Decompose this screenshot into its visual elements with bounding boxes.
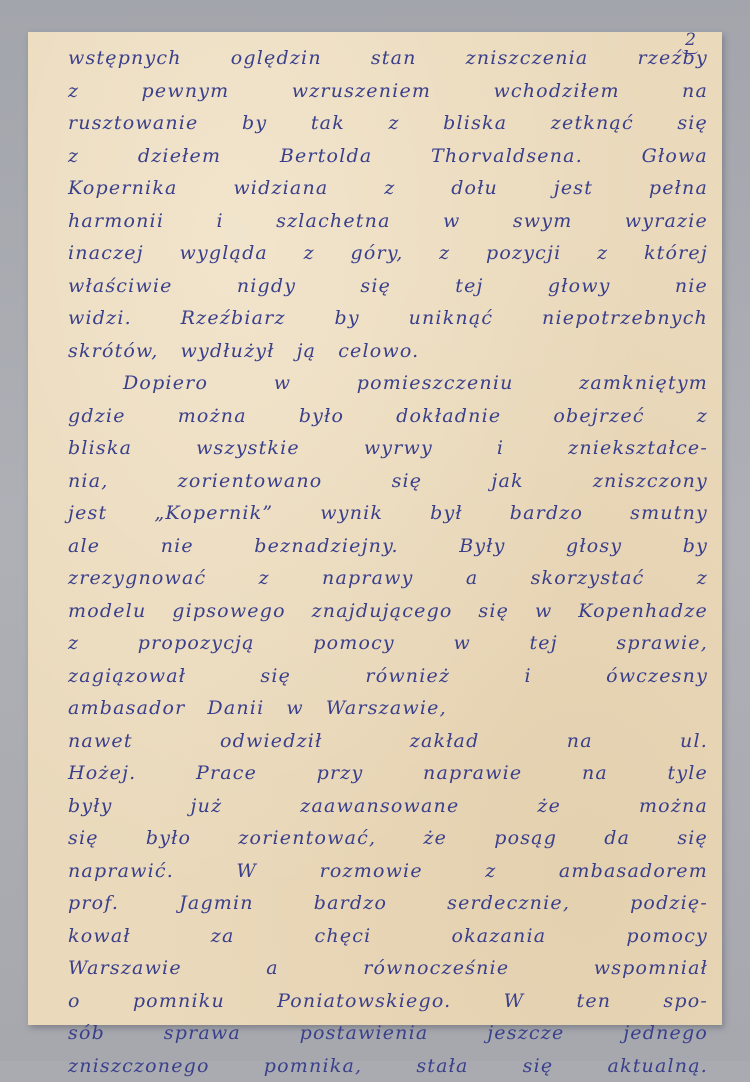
handwritten-word: i bbox=[216, 205, 223, 238]
text-line: inaczejwyglądazgóry,zpozycjizktórej bbox=[68, 237, 708, 270]
handwritten-word: sprawie, bbox=[616, 627, 708, 660]
handwritten-word: dokładnie bbox=[396, 400, 501, 433]
handwritten-word: spo- bbox=[663, 985, 708, 1018]
handwritten-word: wyrwy bbox=[364, 432, 433, 465]
handwritten-word: ją bbox=[297, 335, 317, 368]
handwritten-word: harmonii bbox=[68, 205, 164, 238]
handwritten-word: można bbox=[178, 400, 247, 433]
handwritten-word: W bbox=[236, 855, 257, 888]
handwritten-word: pomnika, bbox=[264, 1050, 362, 1062]
handwritten-word: której bbox=[644, 237, 708, 270]
handwritten-word: za bbox=[211, 920, 235, 953]
text-line: wstępnychoględzinstanzniszczeniarzeźby bbox=[68, 42, 708, 75]
handwritten-word: się bbox=[677, 822, 708, 855]
handwritten-word: dziełem bbox=[138, 140, 221, 173]
handwritten-word: ten bbox=[576, 985, 611, 1018]
text-line: byłyjużzaawansowaneżemożna bbox=[68, 790, 708, 823]
handwritten-word: jest bbox=[554, 172, 593, 205]
text-line: naprawić.Wrozmowiezambasadorem bbox=[68, 855, 708, 888]
handwritten-word: się bbox=[260, 660, 291, 693]
handwritten-word: wspomniał bbox=[594, 952, 708, 985]
text-line: gdziemożnabyłodokładnieobejrzećz bbox=[68, 400, 708, 433]
handwritten-word: obejrzeć bbox=[553, 400, 644, 433]
handwritten-word: jeszcze bbox=[487, 1017, 564, 1050]
handwritten-word: serdecznie, bbox=[447, 887, 570, 920]
handwritten-word: rozmowie bbox=[320, 855, 423, 888]
handwritten-word: ale bbox=[68, 530, 100, 563]
handwritten-word: Jagmin bbox=[179, 887, 254, 920]
handwritten-word: Kopenhadze bbox=[578, 595, 708, 628]
handwritten-word: tyle bbox=[667, 757, 708, 790]
text-line: Kopernikawidzianazdołujestpełna bbox=[68, 172, 708, 205]
handwritten-word: naprawie bbox=[423, 757, 522, 790]
text-line: zniszczonegopomnika,stałasięaktualną. bbox=[68, 1050, 708, 1062]
handwritten-word: były bbox=[68, 790, 113, 823]
handwritten-word: z bbox=[439, 237, 450, 270]
handwritten-word: widzi. bbox=[68, 302, 132, 335]
handwritten-word: swym bbox=[513, 205, 573, 238]
handwritten-word: się bbox=[677, 107, 708, 140]
handwritten-word: pomieszczeniu bbox=[357, 367, 514, 400]
handwritten-word: Warszawie, bbox=[326, 692, 447, 725]
handwritten-word: szlachetna bbox=[276, 205, 391, 238]
handwritten-word: nie bbox=[161, 530, 194, 563]
handwritten-word: się bbox=[392, 465, 423, 498]
handwritten-word: pewnym bbox=[142, 75, 230, 108]
handwritten-word: z bbox=[68, 75, 79, 108]
handwritten-word: by bbox=[242, 107, 267, 140]
handwritten-word: Poniatowskiego. bbox=[277, 985, 451, 1018]
handwritten-word: się bbox=[360, 270, 391, 303]
text-line: harmoniiiszlachetnawswymwyrazie bbox=[68, 205, 708, 238]
handwritten-word: z bbox=[304, 237, 315, 270]
handwritten-word: wchodziłem bbox=[493, 75, 619, 108]
handwritten-word: rzeźby bbox=[638, 42, 708, 75]
text-line: siębyłozorientować,żeposągdasię bbox=[68, 822, 708, 855]
handwritten-word: zrezygnować bbox=[68, 562, 206, 595]
handwritten-word: sób bbox=[68, 1017, 105, 1050]
handwritten-word: zorientować, bbox=[238, 822, 376, 855]
handwritten-word: kował bbox=[68, 920, 131, 953]
handwritten-word: by bbox=[334, 302, 359, 335]
text-line: jest„Kopernik”wynikbyłbardzosmutny bbox=[68, 497, 708, 530]
handwritten-word: aktualną. bbox=[607, 1050, 708, 1062]
handwritten-word: W bbox=[504, 985, 525, 1018]
handwritten-word: pełna bbox=[649, 172, 708, 205]
handwritten-word: wzruszeniem bbox=[292, 75, 431, 108]
handwritten-word: odwiedził bbox=[220, 725, 322, 758]
handwritten-word: Rzeźbiarz bbox=[181, 302, 286, 335]
handwritten-word: w bbox=[286, 692, 303, 725]
handwritten-word: dołu bbox=[451, 172, 498, 205]
handwritten-word: się bbox=[478, 595, 509, 628]
handwritten-word: zagiązował bbox=[68, 660, 186, 693]
text-line: bliskawszystkiewyrwyizniekształce- bbox=[68, 432, 708, 465]
handwritten-word: jest bbox=[68, 497, 107, 530]
text-line: aleniebeznadziejny.Byłygłosyby bbox=[68, 530, 708, 563]
handwritten-word: z bbox=[259, 562, 270, 595]
handwritten-word: głosy bbox=[566, 530, 622, 563]
handwritten-word: rusztowanie bbox=[68, 107, 199, 140]
handwritten-word: naprawić. bbox=[68, 855, 174, 888]
handwritten-word: podzię- bbox=[630, 887, 708, 920]
text-line: skrótów,wydłużyłjącelowo. bbox=[68, 335, 708, 368]
handwritten-word: inaczej bbox=[68, 237, 144, 270]
handwritten-word: tej bbox=[529, 627, 557, 660]
text-line: zdziełemBertoldaThorvaldsena.Głowa bbox=[68, 140, 708, 173]
handwritten-word: z bbox=[384, 172, 395, 205]
text-line: sóbsprawapostawieniajeszczejednego bbox=[68, 1017, 708, 1050]
handwritten-word: o bbox=[68, 985, 81, 1018]
handwritten-word: „Kopernik” bbox=[154, 497, 273, 530]
handwritten-word: na bbox=[682, 75, 708, 108]
handwritten-word: się bbox=[68, 822, 99, 855]
handwritten-word: na bbox=[582, 757, 608, 790]
handwritten-word: w bbox=[535, 595, 552, 628]
handwritten-word: wydłużył bbox=[181, 335, 275, 368]
handwritten-word: w bbox=[443, 205, 460, 238]
text-line: opomnikuPoniatowskiego.Wtenspo- bbox=[68, 985, 708, 1018]
letter-page: 2 wstępnychoględzinstanzniszczeniarzeźby… bbox=[28, 32, 722, 1025]
handwritten-word: modelu bbox=[68, 595, 146, 628]
handwritten-word: widziana bbox=[233, 172, 328, 205]
handwritten-word: prof. bbox=[68, 887, 119, 920]
handwritten-word: naprawy bbox=[322, 562, 414, 595]
text-line: właściwienigdysiętejgłowynie bbox=[68, 270, 708, 303]
handwritten-word: Prace bbox=[196, 757, 257, 790]
handwritten-word: jednego bbox=[623, 1017, 708, 1050]
handwritten-word: bardzo bbox=[314, 887, 387, 920]
handwritten-word: wstępnych bbox=[68, 42, 182, 75]
handwritten-word: zniszczenia bbox=[466, 42, 589, 75]
handwritten-word: z bbox=[68, 627, 79, 660]
handwritten-word: by bbox=[683, 530, 708, 563]
text-line-with-correction: modelugipsowegoznajdującegosięwKopenhadz… bbox=[68, 595, 708, 628]
handwritten-word: zorientowano bbox=[178, 465, 323, 498]
text-line: prof.Jagminbardzoserdecznie,podzię- bbox=[68, 887, 708, 920]
handwritten-word: że bbox=[537, 790, 561, 823]
handwritten-word: pozycji bbox=[486, 237, 561, 270]
handwritten-word: niepotrzebnych bbox=[542, 302, 708, 335]
text-line: Hożej.Praceprzynaprawienatyle bbox=[68, 757, 708, 790]
paragraph-start-line: Dopierowpomieszczeniuzamkniętym bbox=[68, 367, 708, 400]
handwritten-word: Hożej. bbox=[68, 757, 136, 790]
handwritten-word: z bbox=[597, 237, 608, 270]
handwritten-word: już bbox=[191, 790, 223, 823]
handwritten-word: pomniku bbox=[133, 985, 225, 1018]
handwritten-word: oględzin bbox=[231, 42, 322, 75]
handwritten-word: bliska bbox=[68, 432, 132, 465]
handwritten-word: właściwie bbox=[68, 270, 173, 303]
handwritten-word: i bbox=[524, 660, 531, 693]
handwritten-word: pomocy bbox=[626, 920, 708, 953]
handwritten-word: Warszawie bbox=[68, 952, 182, 985]
handwritten-word: stan bbox=[371, 42, 417, 75]
handwritten-word: z bbox=[388, 107, 399, 140]
handwritten-word: Głowa bbox=[642, 140, 708, 173]
handwritten-word: głowy bbox=[548, 270, 611, 303]
text-line: zpewnymwzruszeniemwchodziłemna bbox=[68, 75, 708, 108]
handwritten-word: skorzystać bbox=[531, 562, 645, 595]
text-line: kowałzachęciokazaniapomocy bbox=[68, 920, 708, 953]
handwritten-word: Danii bbox=[207, 692, 264, 725]
handwritten-word: było bbox=[146, 822, 191, 855]
handwritten-word: celowo. bbox=[338, 335, 419, 368]
handwritten-word: zniekształce- bbox=[568, 432, 708, 465]
handwritten-word: z bbox=[697, 562, 708, 595]
handwritten-word: Thorvaldsena. bbox=[431, 140, 583, 173]
handwritten-word: przy bbox=[317, 757, 364, 790]
handwritten-word: beznadziejny. bbox=[254, 530, 398, 563]
handwritten-word: jak bbox=[491, 465, 523, 498]
handwritten-word: a bbox=[266, 952, 279, 985]
handwritten-word: na bbox=[567, 725, 593, 758]
handwritten-word: z bbox=[485, 855, 496, 888]
handwritten-text-body: wstępnychoględzinstanzniszczeniarzeźby z… bbox=[68, 42, 708, 1061]
handwritten-word: zaawansowane bbox=[300, 790, 459, 823]
handwritten-word: tej bbox=[455, 270, 483, 303]
handwritten-word: wygląda bbox=[180, 237, 268, 270]
handwritten-word: postawienia bbox=[300, 1017, 429, 1050]
handwritten-word: stała bbox=[416, 1050, 468, 1062]
handwritten-word: bliska bbox=[443, 107, 507, 140]
text-line: nawetodwiedziłzakładnaul. bbox=[68, 725, 708, 758]
handwritten-word: z bbox=[68, 140, 79, 173]
handwritten-word: gdzie bbox=[68, 400, 126, 433]
handwritten-word: w bbox=[274, 367, 291, 400]
handwritten-word: równocześnie bbox=[363, 952, 509, 985]
handwritten-word: ambasadorem bbox=[559, 855, 708, 888]
handwritten-word: bardzo bbox=[510, 497, 583, 530]
handwritten-word: uniknąć bbox=[409, 302, 494, 335]
handwritten-word: było bbox=[299, 400, 344, 433]
handwritten-word: Były bbox=[459, 530, 505, 563]
handwritten-word: nawet bbox=[68, 725, 133, 758]
text-line: Warszawiearównocześniewspomniał bbox=[68, 952, 708, 985]
handwritten-word: propozycją bbox=[138, 627, 255, 660]
handwritten-word: zakład bbox=[410, 725, 480, 758]
handwritten-word: Kopernika bbox=[68, 172, 178, 205]
text-line: zrezygnowaćznaprawyaskorzystaćz bbox=[68, 562, 708, 595]
handwritten-word: Dopiero bbox=[123, 367, 208, 400]
handwritten-word: nia, bbox=[68, 465, 108, 498]
handwritten-word: ul. bbox=[680, 725, 708, 758]
handwritten-word: nie bbox=[675, 270, 708, 303]
handwritten-word: można bbox=[639, 790, 708, 823]
handwritten-word: również bbox=[365, 660, 450, 693]
handwritten-word: tak bbox=[311, 107, 345, 140]
handwritten-word: w bbox=[453, 627, 470, 660]
handwritten-word: znajdującego bbox=[312, 595, 453, 628]
handwritten-word: zniszczony bbox=[593, 465, 708, 498]
handwritten-word: że bbox=[423, 822, 447, 855]
handwritten-word: zniszczonego bbox=[68, 1050, 210, 1062]
handwritten-word: smutny bbox=[630, 497, 708, 530]
handwritten-word: okazania bbox=[451, 920, 546, 953]
handwritten-word: gipsowego bbox=[172, 595, 286, 628]
handwritten-word: się bbox=[523, 1050, 554, 1062]
handwritten-word: nigdy bbox=[237, 270, 296, 303]
handwritten-word: zamkniętym bbox=[579, 367, 708, 400]
handwritten-word: był bbox=[430, 497, 463, 530]
handwritten-word: sprawa bbox=[164, 1017, 241, 1050]
text-line: ambasadorDaniiwWarszawie, bbox=[68, 692, 708, 725]
handwritten-word: i bbox=[497, 432, 504, 465]
text-line: widzi.Rzeźbiarzbyuniknąćniepotrzebnych bbox=[68, 302, 708, 335]
text-line: zagiązowałsięrównieżiówczesny bbox=[68, 660, 708, 693]
handwritten-word: chęci bbox=[315, 920, 372, 953]
handwritten-word: a bbox=[466, 562, 479, 595]
text-line: nia,zorientowanosięjakzniszczony bbox=[68, 465, 708, 498]
handwritten-word: pomocy bbox=[313, 627, 395, 660]
handwritten-word: posąg bbox=[494, 822, 557, 855]
text-line: rusztowaniebytakzbliskazetknąćsię bbox=[68, 107, 708, 140]
handwritten-word: wyrazie bbox=[625, 205, 708, 238]
handwritten-word: góry, bbox=[351, 237, 404, 270]
handwritten-word: ambasador bbox=[68, 692, 185, 725]
handwritten-word: z bbox=[697, 400, 708, 433]
handwritten-word: wszystkie bbox=[196, 432, 300, 465]
handwritten-word: wynik bbox=[320, 497, 383, 530]
text-line: zpropozycjąpomocywtejsprawie, bbox=[68, 627, 708, 660]
handwritten-word: skrótów, bbox=[68, 335, 159, 368]
handwritten-word: ówczesny bbox=[606, 660, 708, 693]
handwritten-word: zetknąć bbox=[551, 107, 634, 140]
handwritten-word: Bertolda bbox=[280, 140, 373, 173]
handwritten-word: da bbox=[604, 822, 630, 855]
